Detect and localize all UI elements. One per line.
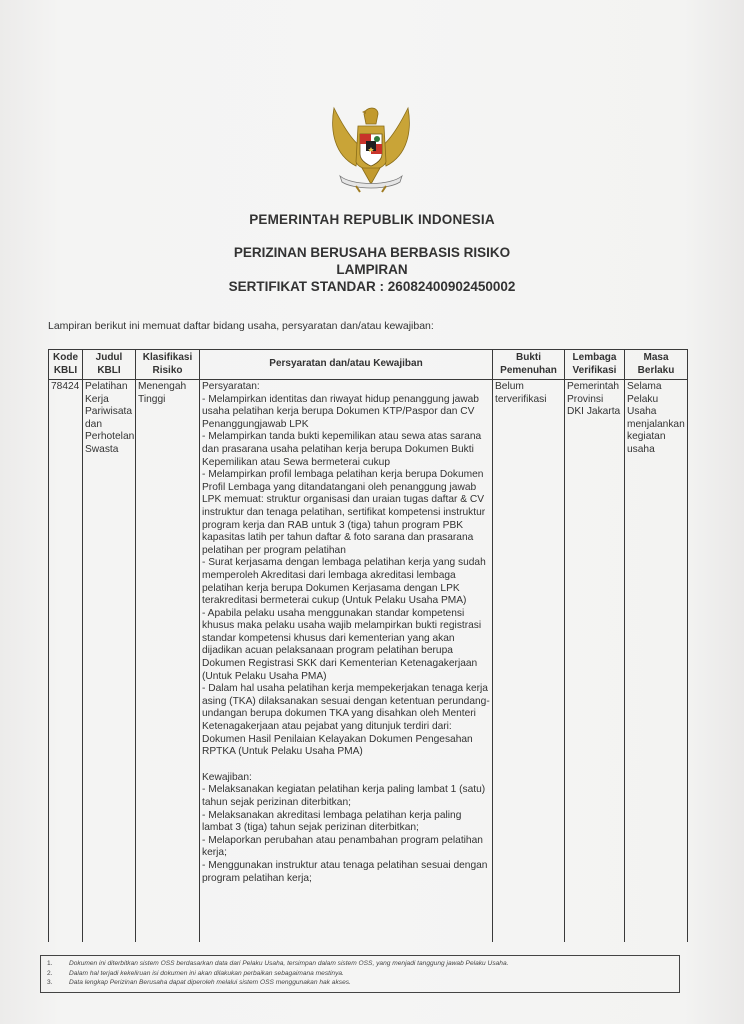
persyaratan-item: - Dalam hal usaha pelatihan kerja mempek… — [202, 683, 490, 759]
intro-text: Lampiran berikut ini memuat daftar bidan… — [48, 320, 434, 332]
footer-note: 1. Dokumen ini diterbitkan sistem OSS be… — [41, 959, 679, 969]
kewajiban-label: Kewajiban: — [202, 772, 490, 785]
government-title: PEMERINTAH REPUBLIK INDONESIA — [0, 212, 744, 227]
persyaratan-item: - Surat kerjasama dengan lembaga pelatih… — [202, 557, 490, 607]
header-persyaratan: Persyaratan dan/atau Kewajiban — [200, 350, 493, 380]
cell-judul-kbli: Pelatihan Kerja Pariwisata dan Perhotela… — [83, 380, 136, 943]
cell-klasifikasi-risiko: Menengah Tinggi — [136, 380, 200, 943]
footer-note: 2. Dalam hal terjadi kekeliruan isi doku… — [41, 969, 679, 979]
persyaratan-label: Persyaratan: — [202, 381, 490, 394]
persyaratan-item: - Melampirkan identitas dan riwayat hidu… — [202, 394, 490, 432]
kewajiban-item: - Menggunakan instruktur atau tenaga pel… — [202, 860, 490, 885]
garuda-emblem-icon — [326, 100, 416, 196]
certificate-number: SERTIFIKAT STANDAR : 26082400902450002 — [0, 278, 744, 295]
header-kode-kbli: Kode KBLI — [49, 350, 83, 380]
document-title: PERIZINAN BERUSAHA BERBASIS RISIKO LAMPI… — [0, 244, 744, 295]
title-lampiran: LAMPIRAN — [0, 261, 744, 278]
kewajiban-item: - Melaksanakan akreditasi lembaga pelati… — [202, 810, 490, 835]
kewajiban-item: - Melaporkan perubahan atau penambahan p… — [202, 835, 490, 860]
kewajiban-item: - Melaksanakan kegiatan pelatihan kerja … — [202, 784, 490, 809]
header-bukti-pemenuhan: Bukti Pemenuhan — [493, 350, 565, 380]
persyaratan-item: - Apabila pelaku usaha menggunakan stand… — [202, 608, 490, 684]
table-header-row: Kode KBLI Judul KBLI Klasifikasi Risiko … — [49, 350, 688, 380]
cell-bukti-pemenuhan: Belum terverifikasi — [493, 380, 565, 943]
requirements-table: Kode KBLI Judul KBLI Klasifikasi Risiko … — [48, 349, 688, 942]
footer-note: 3. Data lengkap Perizinan Berusaha dapat… — [41, 978, 679, 988]
header-klasifikasi-risiko: Klasifikasi Risiko — [136, 350, 200, 380]
table-row: 78424 Pelatihan Kerja Pariwisata dan Per… — [49, 380, 688, 943]
cell-lembaga-verifikasi: Pemerintah Provinsi DKI Jakarta — [565, 380, 625, 943]
cell-persyaratan: Persyaratan: - Melampirkan identitas dan… — [200, 380, 493, 943]
certificate-page: PEMERINTAH REPUBLIK INDONESIA PERIZINAN … — [0, 0, 744, 1024]
persyaratan-item: - Melampirkan profil lembaga pelatihan k… — [202, 469, 490, 557]
persyaratan-item: - Melampirkan tanda bukti kepemilikan at… — [202, 431, 490, 469]
cell-masa-berlaku: Selama Pelaku Usaha menjalankan kegiatan… — [625, 380, 688, 943]
cell-kode-kbli: 78424 — [49, 380, 83, 943]
header-judul-kbli: Judul KBLI — [83, 350, 136, 380]
persyaratan-block: Persyaratan: - Melampirkan identitas dan… — [202, 381, 490, 885]
title-perizinan: PERIZINAN BERUSAHA BERBASIS RISIKO — [0, 244, 744, 261]
header-lembaga-verifikasi: Lembaga Verifikasi — [565, 350, 625, 380]
header-masa-berlaku: Masa Berlaku — [625, 350, 688, 380]
footer-notes: 1. Dokumen ini diterbitkan sistem OSS be… — [40, 955, 680, 993]
